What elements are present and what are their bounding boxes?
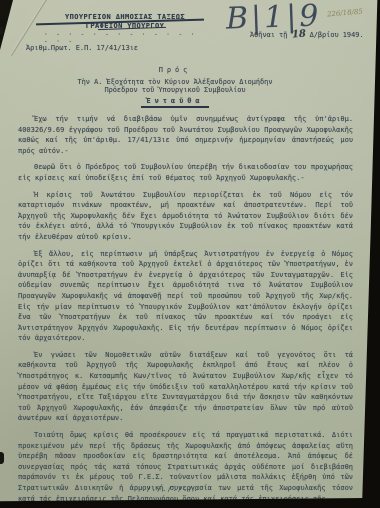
date-line: Ἀθῆναι τῇ 18 Δ/βρίου 1949.: [250, 29, 364, 40]
recipient-title: Πρόεδρον τοῦ Ὑπουργικοῦ Συμβουλίου: [0, 86, 350, 94]
protocol-number: Ἀριθμ.Πρωτ. Ε.Π. 17/41/13ιε: [26, 44, 138, 52]
body-paragraph: Ἐν γνώσει τῶν Νομοθετικῶν αὐτῶν διατάξεω…: [18, 350, 353, 424]
pencil-archive-note: 226/18/85: [327, 7, 363, 18]
page-continuation-mark: ./././././.: [0, 485, 340, 493]
dotted-rule: · - · - · - · - · - · - · - · -: [44, 31, 204, 45]
handwritten-day: 18: [291, 29, 306, 41]
scan-edge-right: [358, 0, 380, 508]
body-paragraph: Θεωρῶ ὅτι ὁ Πρόεδρος τοῦ Συμβουλίου ὑπερ…: [18, 162, 353, 183]
document-page: ΥΠΟΥΡΓΕΙΟΝ ΔΗΜΟΣΙΑΣ ΤΑΞΕΩΣ ΓΡΑΦΕΙΟΝ ΥΠΟΥ…: [0, 0, 380, 508]
scan-corner-shadow: [0, 0, 13, 50]
scan-edge-mark: [0, 27, 3, 34]
letter-body: Ἔχω τήν τιμήν νά διαβιβάσω ὑμῖν συνημμέν…: [18, 114, 353, 508]
to-label: Πρός: [0, 66, 350, 74]
date-place: Ἀθῆναι τῇ: [250, 31, 287, 39]
recipient-block: Πρός Τὴν Α. Ἐξοχότητα τὸν Κύριον Ἀλέξανδ…: [0, 66, 350, 108]
date-month-year: Δ/βρίου 1949.: [310, 31, 364, 39]
recipient-location: Ἐνταῦθα: [141, 97, 208, 108]
scan-edge-mark: [0, 452, 4, 464]
body-paragraph: Τοιαύτη ὅμως κρίσις θά προσέκρουεν εἰς τ…: [18, 430, 353, 504]
body-paragraph: Ἡ κρίσις τοῦ Ἀνωτάτου Συμβουλίου περιορί…: [18, 190, 353, 243]
body-paragraph: Ἔχω τήν τιμήν νά διαβιβάσω ὑμῖν συνημμέν…: [18, 114, 353, 156]
scanned-letter: ΥΠΟΥΡΓΕΙΟΝ ΔΗΜΟΣΙΑΣ ΤΑΞΕΩΣ ΓΡΑΦΕΙΟΝ ΥΠΟΥ…: [0, 0, 380, 508]
body-paragraph: Ἐξ ἄλλου, εἰς περίπτωσιν μή ὑπάρξεως Ἀντ…: [18, 249, 353, 344]
